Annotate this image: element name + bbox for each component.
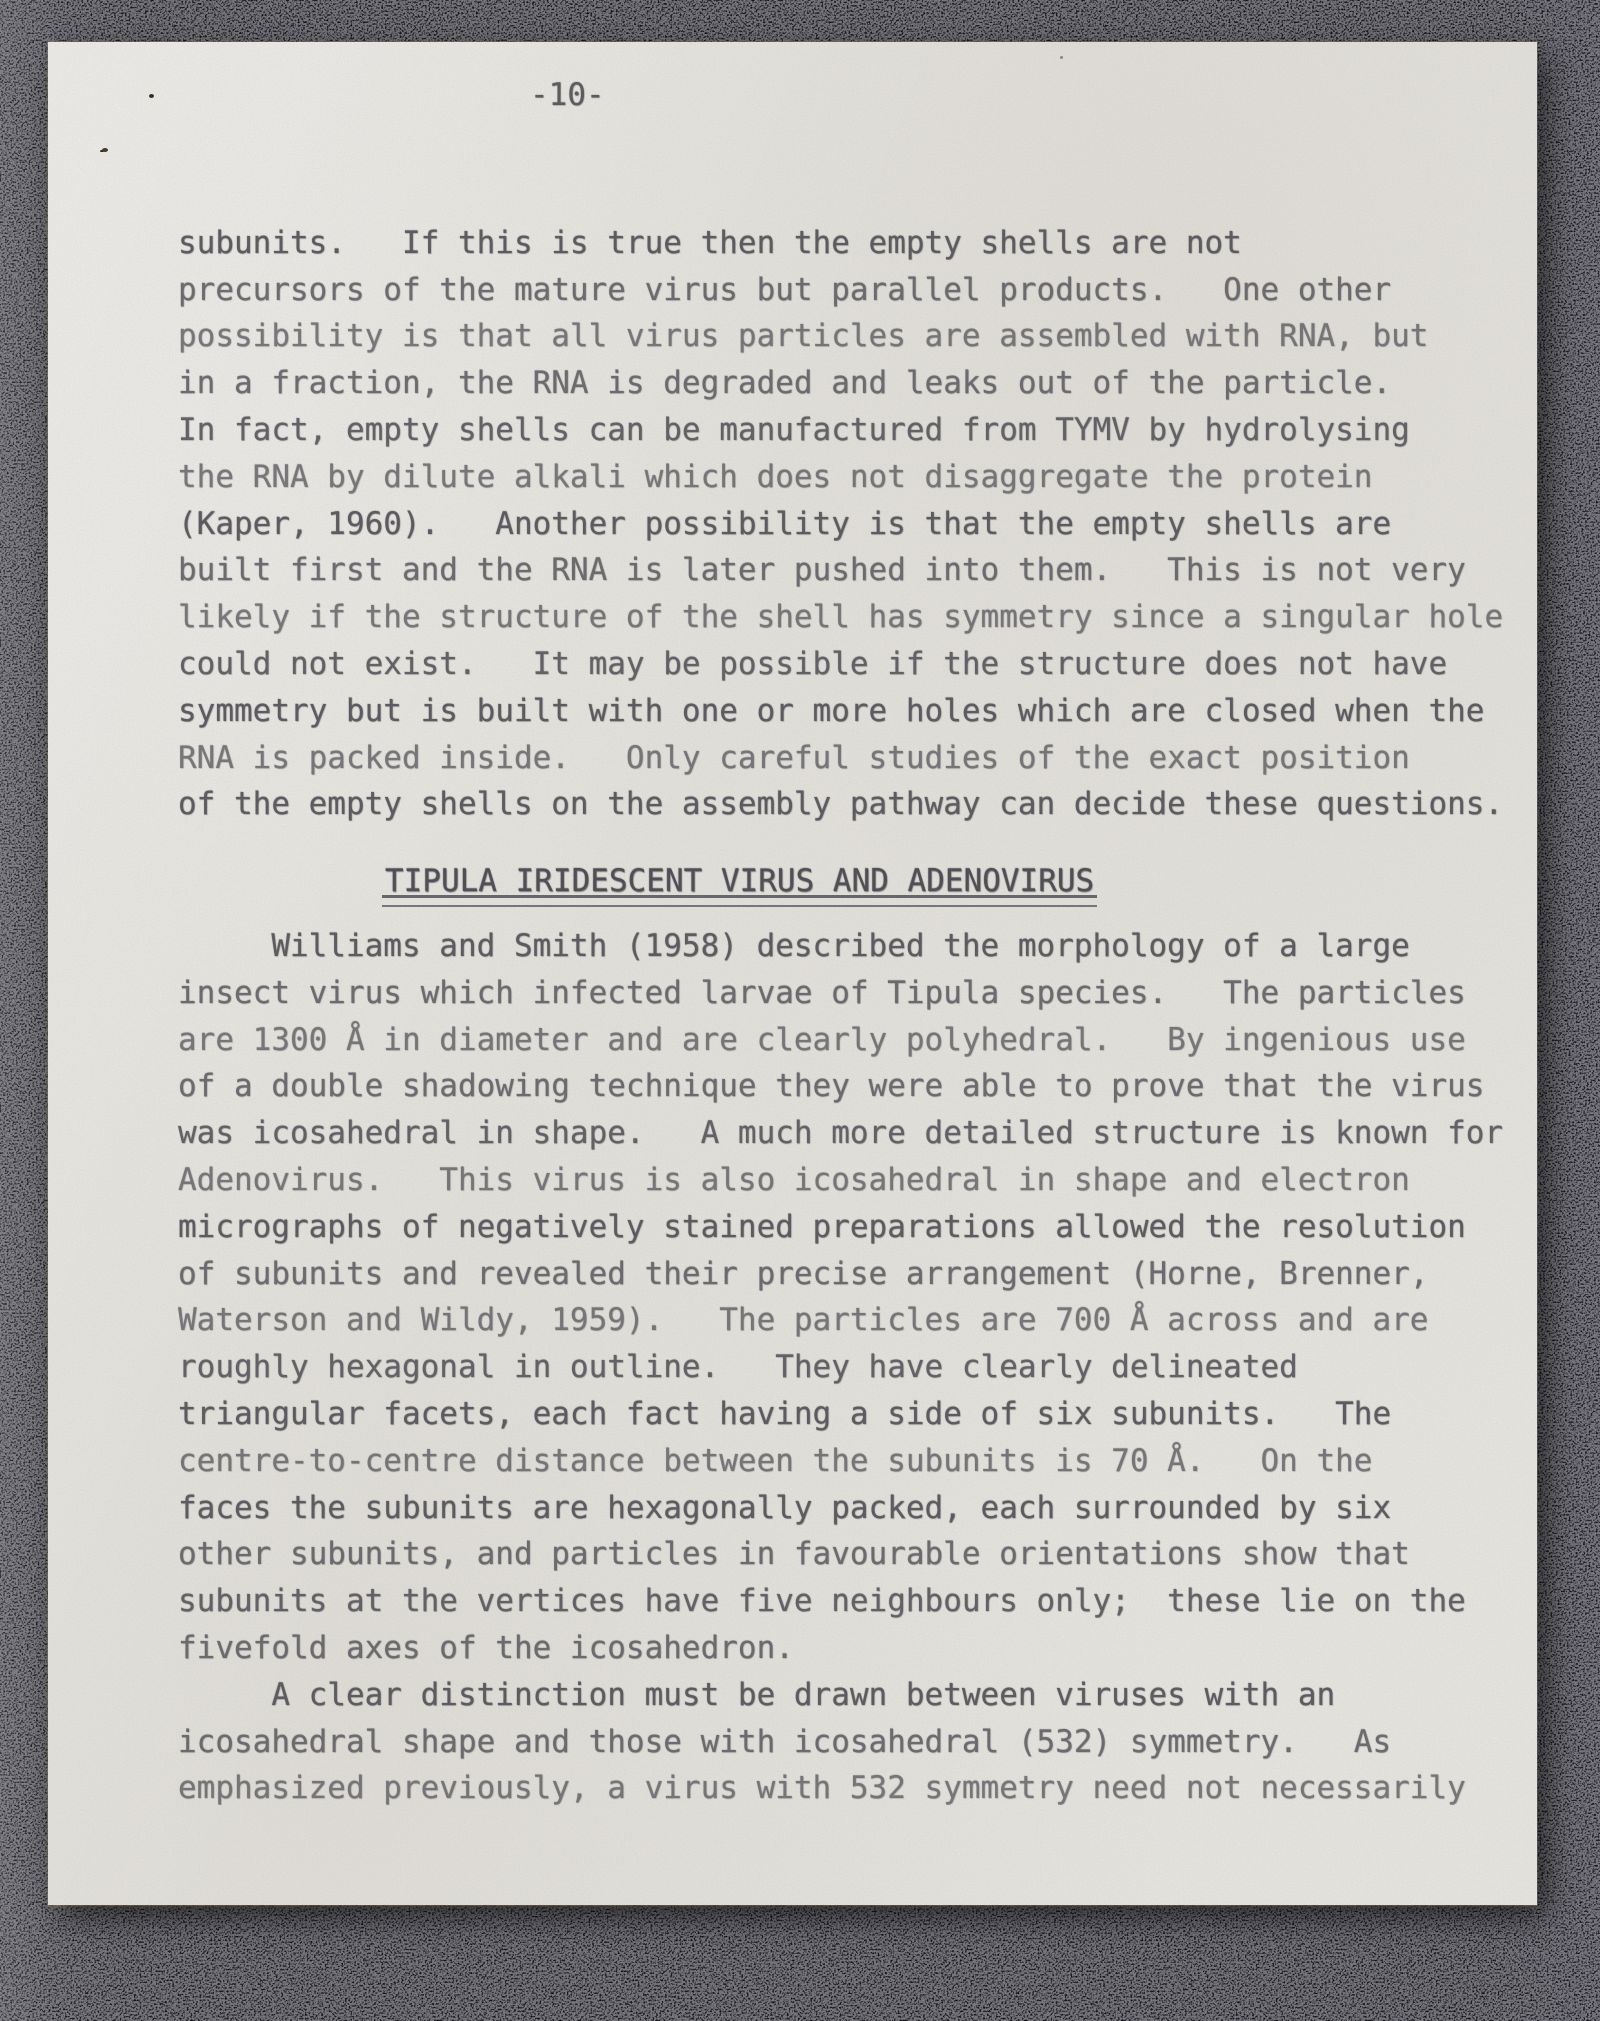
typed-line: the RNA by dilute alkali which does not …	[178, 454, 1537, 501]
typed-line: icosahedral shape and those with icosahe…	[178, 1719, 1537, 1766]
paper-sheet: -10- subunits. If this is true then the …	[48, 42, 1537, 1905]
typed-line: was icosahedral in shape. A much more de…	[178, 1110, 1537, 1157]
typed-line: triangular facets, each fact having a si…	[178, 1391, 1537, 1438]
paragraph-icosahedral-distinction: A clear distinction must be drawn betwee…	[178, 1672, 1537, 1812]
section-heading: TIPULA IRIDESCENT VIRUS AND ADENOVIRUS	[385, 858, 1537, 905]
typed-line: likely if the structure of the shell has…	[178, 594, 1537, 641]
paragraph-tipula-adenovirus: Williams and Smith (1958) described the …	[178, 923, 1537, 1672]
typed-line: Waterson and Wildy, 1959). The particles…	[178, 1297, 1537, 1344]
typed-line: of the empty shells on the assembly path…	[178, 781, 1537, 828]
typed-line: (Kaper, 1960). Another possibility is th…	[178, 501, 1537, 548]
typed-line: micrographs of negatively stained prepar…	[178, 1204, 1537, 1251]
typed-line: of a double shadowing technique they wer…	[178, 1063, 1537, 1110]
typed-line: could not exist. It may be possible if t…	[178, 641, 1537, 688]
typed-line: other subunits, and particles in favoura…	[178, 1531, 1537, 1578]
typed-line: subunits at the vertices have five neigh…	[178, 1578, 1537, 1625]
typed-line: subunits. If this is true then the empty…	[178, 220, 1537, 267]
paragraph-empty-shells: subunits. If this is true then the empty…	[178, 220, 1537, 828]
typed-line: of subunits and revealed their precise a…	[178, 1251, 1537, 1298]
typed-line: emphasized previously, a virus with 532 …	[178, 1765, 1537, 1812]
typed-line: Adenovirus. This virus is also icosahedr…	[178, 1157, 1537, 1204]
paper-speck	[149, 94, 154, 98]
typed-line: built first and the RNA is later pushed …	[178, 547, 1537, 594]
typed-line: fivefold axes of the icosahedron.	[178, 1625, 1537, 1672]
section-heading-text: TIPULA IRIDESCENT VIRUS AND ADENOVIRUS	[385, 858, 1094, 905]
typed-line: In fact, empty shells can be manufacture…	[178, 407, 1537, 454]
typed-line: possibility is that all virus particles …	[178, 313, 1537, 360]
typed-line: centre-to-centre distance between the su…	[178, 1438, 1537, 1485]
photo-of-typewritten-page: -10- subunits. If this is true then the …	[0, 0, 1600, 2021]
typed-line: Williams and Smith (1958) described the …	[178, 923, 1537, 970]
typed-line: insect virus which infected larvae of Ti…	[178, 970, 1537, 1017]
typed-line: RNA is packed inside. Only careful studi…	[178, 735, 1537, 782]
typed-line: roughly hexagonal in outline. They have …	[178, 1344, 1537, 1391]
typed-line: in a fraction, the RNA is degraded and l…	[178, 360, 1537, 407]
typed-line: are 1300 Å in diameter and are clearly p…	[178, 1017, 1537, 1064]
typed-text-block: -10- subunits. If this is true then the …	[178, 42, 1537, 1812]
typed-line: precursors of the mature virus but paral…	[178, 267, 1537, 314]
paper-speck	[102, 148, 108, 152]
page-number: -10-	[530, 72, 1537, 119]
typed-line: A clear distinction must be drawn betwee…	[178, 1672, 1537, 1719]
typed-line: faces the subunits are hexagonally packe…	[178, 1485, 1537, 1532]
typed-line: symmetry but is built with one or more h…	[178, 688, 1537, 735]
